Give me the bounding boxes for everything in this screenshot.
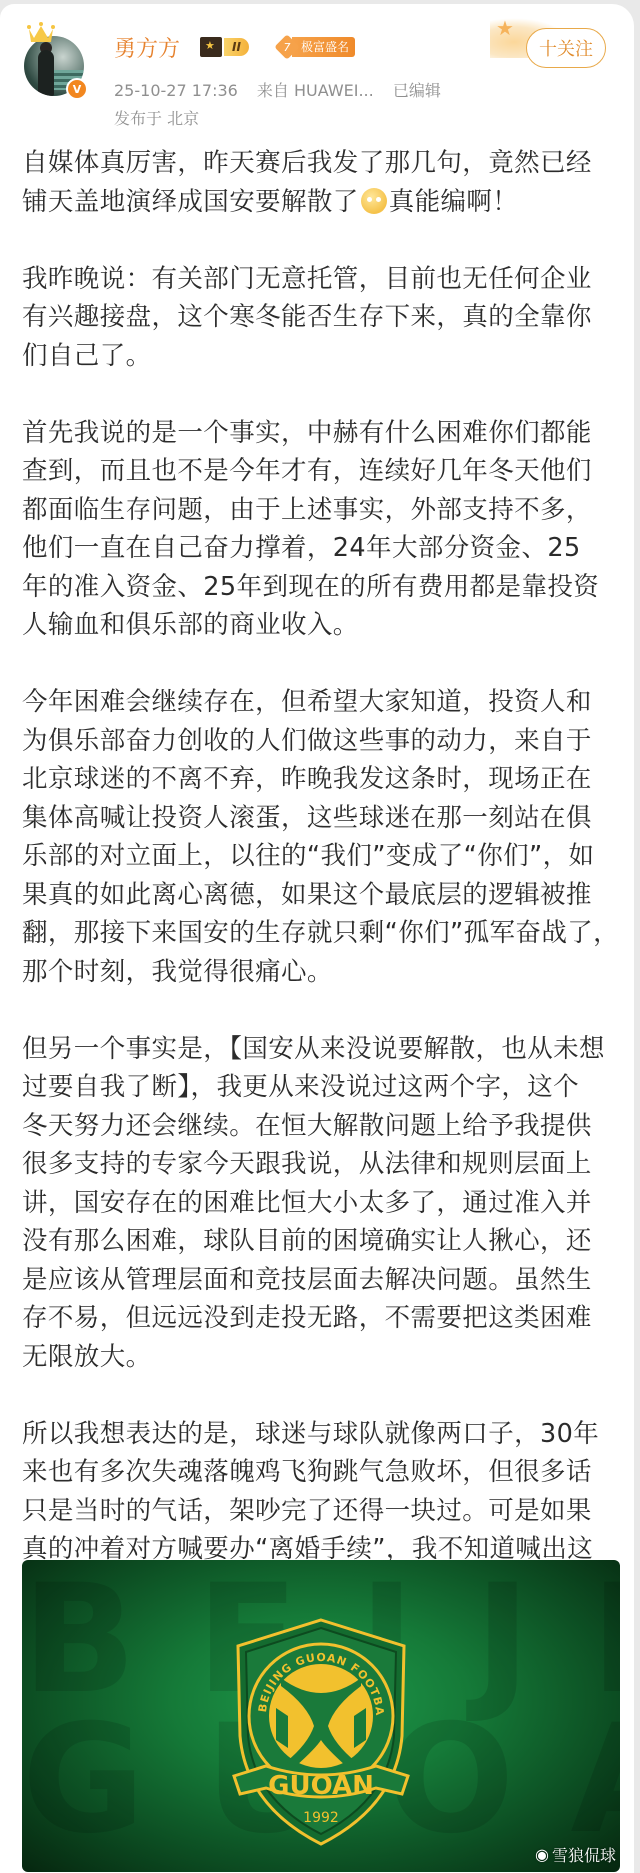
edited-label[interactable]: 已编辑 <box>393 81 441 100</box>
text-line: 我昨晚说：有关部门无意托管，目前也无任何企业 <box>22 260 618 299</box>
text-line: 只是当时的气话，架吵完了还得一块过。可是如果 <box>22 1492 618 1531</box>
member-level-badge[interactable]: II <box>200 36 249 58</box>
text-line: 冬天努力还会继续。在恒大解散问题上给予我提供 <box>22 1107 618 1146</box>
text-line: 很多支持的专家今天跟我说，从法律和规则层面上 <box>22 1145 618 1184</box>
text-line: 自媒体真厉害，昨天赛后我发了那几句，竟然已经 <box>22 144 618 183</box>
paragraph-5: 但另一个事实是，【国安从来没说要解散，也从未想 过要自我了断】，我更从来没说过这… <box>22 1030 618 1377</box>
weibo-post-card: V 勇方方 II 7 极富盛名 25-10-27 17:36 来自 HUAWEI… <box>0 4 634 1873</box>
text-line: 都面临生存问题，由于上述事实，外部支持不多， <box>22 491 618 530</box>
fame-badge[interactable]: 7 极富盛名 <box>278 37 355 57</box>
svg-text:1992: 1992 <box>303 1810 339 1826</box>
author-name[interactable]: 勇方方 <box>114 32 180 63</box>
weibo-logo-icon: ◉ <box>535 1845 549 1864</box>
member-crown-icon <box>200 37 222 57</box>
text-line: 来也有多次失魂落魄鸡飞狗跳气急败坏，但很多话 <box>22 1453 618 1492</box>
paragraph-3: 首先我说的是一个事实，中赫有什么困难你们都能 查到，而且也不是今年才有，连续好几… <box>22 414 618 645</box>
svg-text:GUOAN: GUOAN <box>268 1771 374 1801</box>
member-level-label: II <box>224 38 249 56</box>
text-line: 无限放大。 <box>22 1338 618 1377</box>
text-line: 乐部的对立面上，以往的“我们”变成了“你们”，如 <box>22 837 618 876</box>
text-line: 过要自我了断】，我更从来没说过这两个字，这个 <box>22 1068 618 1107</box>
post-location: 发布于 北京 <box>114 106 199 129</box>
text-line: 集体高喊让投资人滚蛋，这些球迷在那一刻站在俱 <box>22 799 618 838</box>
text-line: 但另一个事实是，【国安从来没说要解散，也从未想 <box>22 1030 618 1069</box>
text-line: 没有那么困难，球队目前的困境确实让人揪心，还 <box>22 1222 618 1261</box>
post-image[interactable]: BEIJING GUOAN BEIJING GUOAN FOOTBALL CLU… <box>22 1560 620 1872</box>
crown-icon <box>26 22 56 44</box>
text-line: 为俱乐部奋力创收的人们做这些事的动力，来自于 <box>22 722 618 761</box>
text-line: 铺天盖地演绎成国安要解散了真能编啊！ <box>22 183 618 222</box>
text-line: 有兴趣接盘，这个寒冬能否生存下来，真的全靠你 <box>22 298 618 337</box>
text-line: 所以我想表达的是，球迷与球队就像两口子，30年 <box>22 1415 618 1454</box>
text-line: 存不易，但远远没到走投无路，不需要把这类困难 <box>22 1299 618 1338</box>
text-line: 他们一直在自己奋力撑着，24年大部分资金、25 <box>22 529 618 568</box>
beijing-guoan-crest-icon: BEIJING GUOAN FOOTBALL CLUB GUOAN 1992 <box>226 1616 416 1848</box>
verified-badge-icon: V <box>66 78 88 100</box>
text-line: 年的准入资金、25年到现在的所有费用都是靠投资 <box>22 568 618 607</box>
fame-label: 极富盛名 <box>292 37 355 57</box>
paragraph-2: 我昨晚说：有关部门无意托管，目前也无任何企业 有兴趣接盘，这个寒冬能否生存下来，… <box>22 260 618 376</box>
avatar[interactable]: V <box>22 30 86 96</box>
follow-button[interactable]: 十关注 <box>526 28 606 68</box>
text-line: 翻，那接下来国安的生存就只剩“你们”孤军奋战了， <box>22 914 618 953</box>
text-line: 首先我说的是一个事实，中赫有什么困难你们都能 <box>22 414 618 453</box>
text-line: 果真的如此离心离德，如果这个最底层的逻辑被推 <box>22 876 618 915</box>
image-watermark: ◉ 雪狼侃球 <box>535 1843 616 1866</box>
text-line: 讲，国安存在的困难比恒大小太多了，通过准入并 <box>22 1184 618 1223</box>
paragraph-1: 自媒体真厉害，昨天赛后我发了那几句，竟然已经 铺天盖地演绎成国安要解散了真能编啊… <box>22 144 618 221</box>
post-source[interactable]: 来自 HUAWEI... <box>257 81 374 100</box>
eye-roll-emoji-icon <box>361 188 387 214</box>
post-timestamp: 25-10-27 17:36 <box>114 81 238 100</box>
post-meta: 25-10-27 17:36 来自 HUAWEI... 已编辑 <box>114 78 455 101</box>
text-line: 北京球迷的不离不弃，昨晚我发这条时，现场正在 <box>22 760 618 799</box>
text-line: 查到，而且也不是今年才有，连续好几年冬天他们 <box>22 452 618 491</box>
paragraph-4: 今年困难会继续存在，但希望大家知道，投资人和 为俱乐部奋力创收的人们做这些事的动… <box>22 683 618 991</box>
text-line: 今年困难会继续存在，但希望大家知道，投资人和 <box>22 683 618 722</box>
text-line: 人输血和俱乐部的商业收入。 <box>22 606 618 645</box>
text-line: 们自己了。 <box>22 337 618 376</box>
post-body: 自媒体真厉害，昨天赛后我发了那几句，竟然已经 铺天盖地演绎成国安要解散了真能编啊… <box>22 144 618 1687</box>
text-line: 是应该从管理层面和竞技层面去解决问题。虽然生 <box>22 1261 618 1300</box>
text-line: 那个时刻，我觉得很痛心。 <box>22 953 618 992</box>
